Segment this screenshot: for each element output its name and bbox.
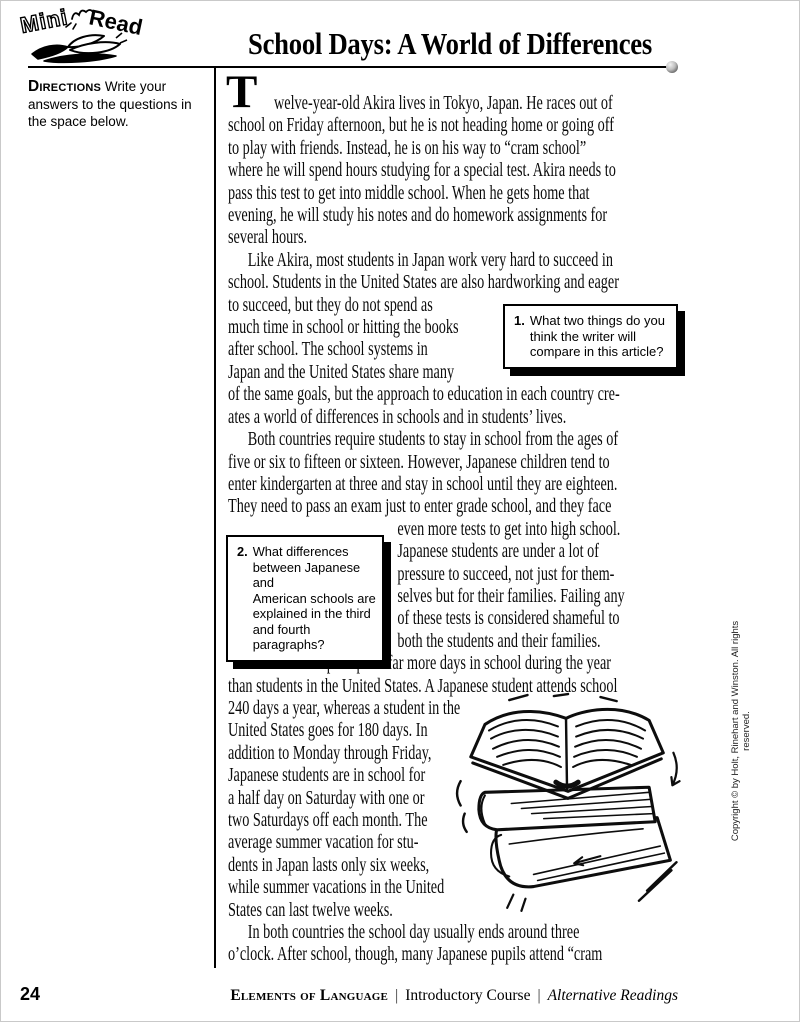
- footer-separator-1: |: [395, 987, 398, 1004]
- page-number: 24: [20, 984, 40, 1005]
- header-rule-ball-icon: [666, 61, 678, 73]
- directions-block: Directions Write your answers to the que…: [28, 78, 204, 131]
- mini-read-logo: Mini Read: [16, 2, 148, 66]
- paragraph-2-top: Like Akira, most students in Japan work …: [228, 250, 678, 295]
- question-1-text: What two things do you think the writer …: [530, 313, 665, 360]
- books-illustration: [448, 692, 682, 920]
- raised-cap: T: [226, 69, 257, 116]
- worksheet-page: Mini Read School Days: A World of Differ…: [0, 0, 800, 1022]
- footer-citation: Elements of Language|Introductory Course…: [230, 987, 678, 1005]
- question-box-1: 1. What two things do you think the writ…: [503, 304, 678, 369]
- paragraph-3-top: Both countries require students to stay …: [228, 429, 678, 519]
- logo-word-mini: Mini: [18, 4, 70, 38]
- footer-section: Alternative Readings: [548, 987, 678, 1004]
- footer-book-title: Elements of Language: [230, 987, 388, 1004]
- copyright-notice: Copyright © by Holt, Rinehart and Winsto…: [730, 600, 752, 862]
- footer-course: Introductory Course: [405, 987, 530, 1004]
- page-title: School Days: A World of Differences: [248, 26, 652, 62]
- paragraph-1-first-line: welve-year-old Akira lives in Tokyo, Jap…: [274, 93, 678, 115]
- paragraph-1: school on Friday afternoon, but he is no…: [228, 115, 678, 249]
- logo-book-icon: [32, 33, 127, 62]
- paragraph-2-bottom: of the same goals, but the approach to e…: [228, 384, 678, 429]
- column-divider: [214, 66, 216, 968]
- question-1-number: 1.: [514, 313, 525, 329]
- footer-separator-2: |: [537, 987, 540, 1004]
- question-2-number: 2.: [237, 544, 248, 560]
- question-2-text: What differences between Japanese and Am…: [253, 544, 377, 653]
- question-box-2: 2. What differences between Japanese and…: [226, 535, 384, 662]
- directions-label: Directions: [28, 78, 101, 95]
- paragraph-5: In both countries the school day usually…: [228, 922, 678, 967]
- header-rule: [28, 66, 673, 68]
